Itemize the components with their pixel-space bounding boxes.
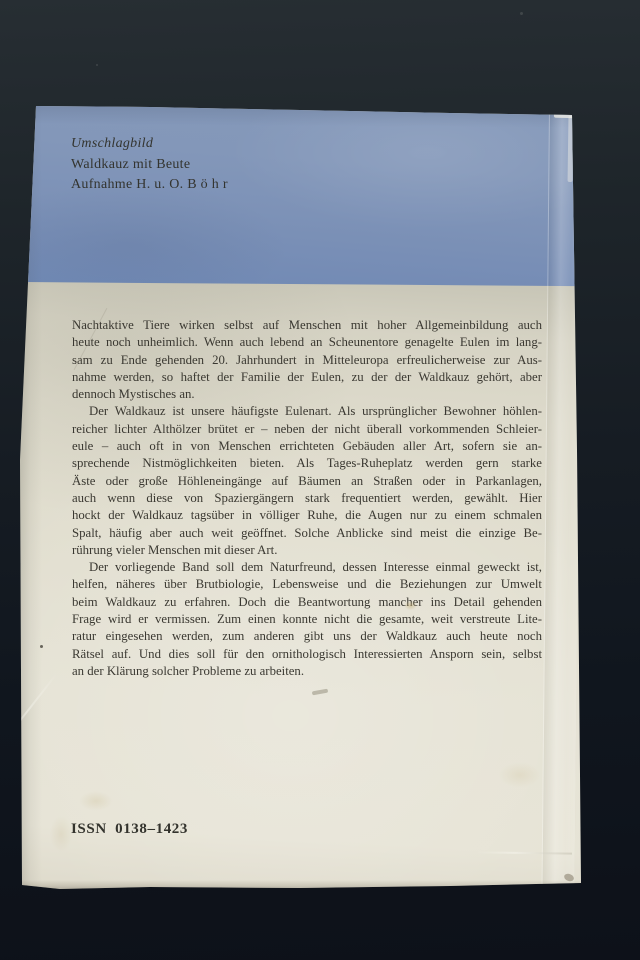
paper-stain <box>46 810 76 858</box>
blurb-line: Rätsel auf. Und dies soll für den ornith… <box>72 646 542 663</box>
blurb-line: heute noch unheimlich. Wenn auch lebend … <box>72 334 542 351</box>
left-edge-shadow <box>16 98 42 890</box>
paper-stain <box>74 788 118 814</box>
paper-speck <box>40 645 43 648</box>
credit-photographer: Aufnahme H. u. O. B ö h r <box>71 175 228 196</box>
blurb-paragraph: Nachtaktive Tiere wirken selbst auf Mens… <box>72 317 542 403</box>
blurb-line: Der vorliegende Band soll dem Naturfreun… <box>72 559 542 576</box>
book-back-cover: Umschlagbild Waldkauz mit Beute Aufnahme… <box>16 98 588 890</box>
paper-smudge <box>312 689 328 696</box>
blurb-line: Spalt, häufig aber auch weit geöffnet. S… <box>72 525 542 542</box>
credit-subject: Waldkauz mit Beute <box>71 155 228 176</box>
bottom-edge-shadow <box>16 880 588 890</box>
blurb-line: Nachtaktive Tiere wirken selbst auf Mens… <box>72 317 542 334</box>
cover-photo-credit: Umschlagbild Waldkauz mit Beute Aufnahme… <box>71 134 228 196</box>
blurb-line: rührung vieler Menschen mit dieser Art. <box>72 542 542 559</box>
blurb-paragraph: Der vorliegende Band soll dem Naturfreun… <box>72 559 542 680</box>
blurb-line: sprechende Nistmöglichkeiten bieten. Als… <box>72 455 542 472</box>
blurb-line: sam zu Ende gehenden 20. Jahrhundert in … <box>72 352 542 369</box>
spine-fold-crease <box>542 108 582 886</box>
dust-speck <box>520 12 523 15</box>
blurb-paragraph: Der Waldkauz ist unsere häufigste Eulena… <box>72 403 542 559</box>
blurb: Nachtaktive Tiere wirken selbst auf Mens… <box>72 317 542 680</box>
paper-stain <box>492 758 548 792</box>
worn-edge-right <box>568 116 574 182</box>
blurb-line: Frage wird er vermissen. Zum einen konnt… <box>72 611 542 628</box>
blurb-line: Äste oder große Höhleneingänge auf Bäume… <box>72 473 542 490</box>
blurb-line: nahme werden, so haftet der Familie der … <box>72 369 542 386</box>
photo-background: Umschlagbild Waldkauz mit Beute Aufnahme… <box>0 0 640 960</box>
blurb-line: hockt der Waldkauz tagsüber in völliger … <box>72 507 542 524</box>
blurb-line: eule – auch oft in von Menschen errichte… <box>72 438 542 455</box>
blurb-line: an der Klärung solcher Probleme zu arbei… <box>72 663 542 680</box>
dust-speck <box>96 64 98 66</box>
issn-number: ISSN 0138–1423 <box>71 821 188 838</box>
blurb-line: ratur eingesehen werden, zum anderen gib… <box>72 628 542 645</box>
worn-corner-top-right <box>554 109 580 119</box>
blurb-line: auch wenn diese von Spaziergängern stark… <box>72 490 542 507</box>
blurb-line: beim Waldkauz zu erfahren. Doch die Bean… <box>72 594 542 611</box>
blurb-line: reicher lichter Althölzer brütet er – ne… <box>72 421 542 438</box>
blurb-line: helfen, näheres über Brutbiologie, Leben… <box>72 576 542 593</box>
paper-stain <box>402 599 419 612</box>
band-top-shade <box>16 98 588 128</box>
blurb-line: Der Waldkauz ist unsere häufigste Eulena… <box>72 403 542 420</box>
crease-bottom-right <box>476 851 572 854</box>
credit-title: Umschlagbild <box>71 134 228 155</box>
blurb-line: dennoch Mystisches an. <box>72 386 542 403</box>
